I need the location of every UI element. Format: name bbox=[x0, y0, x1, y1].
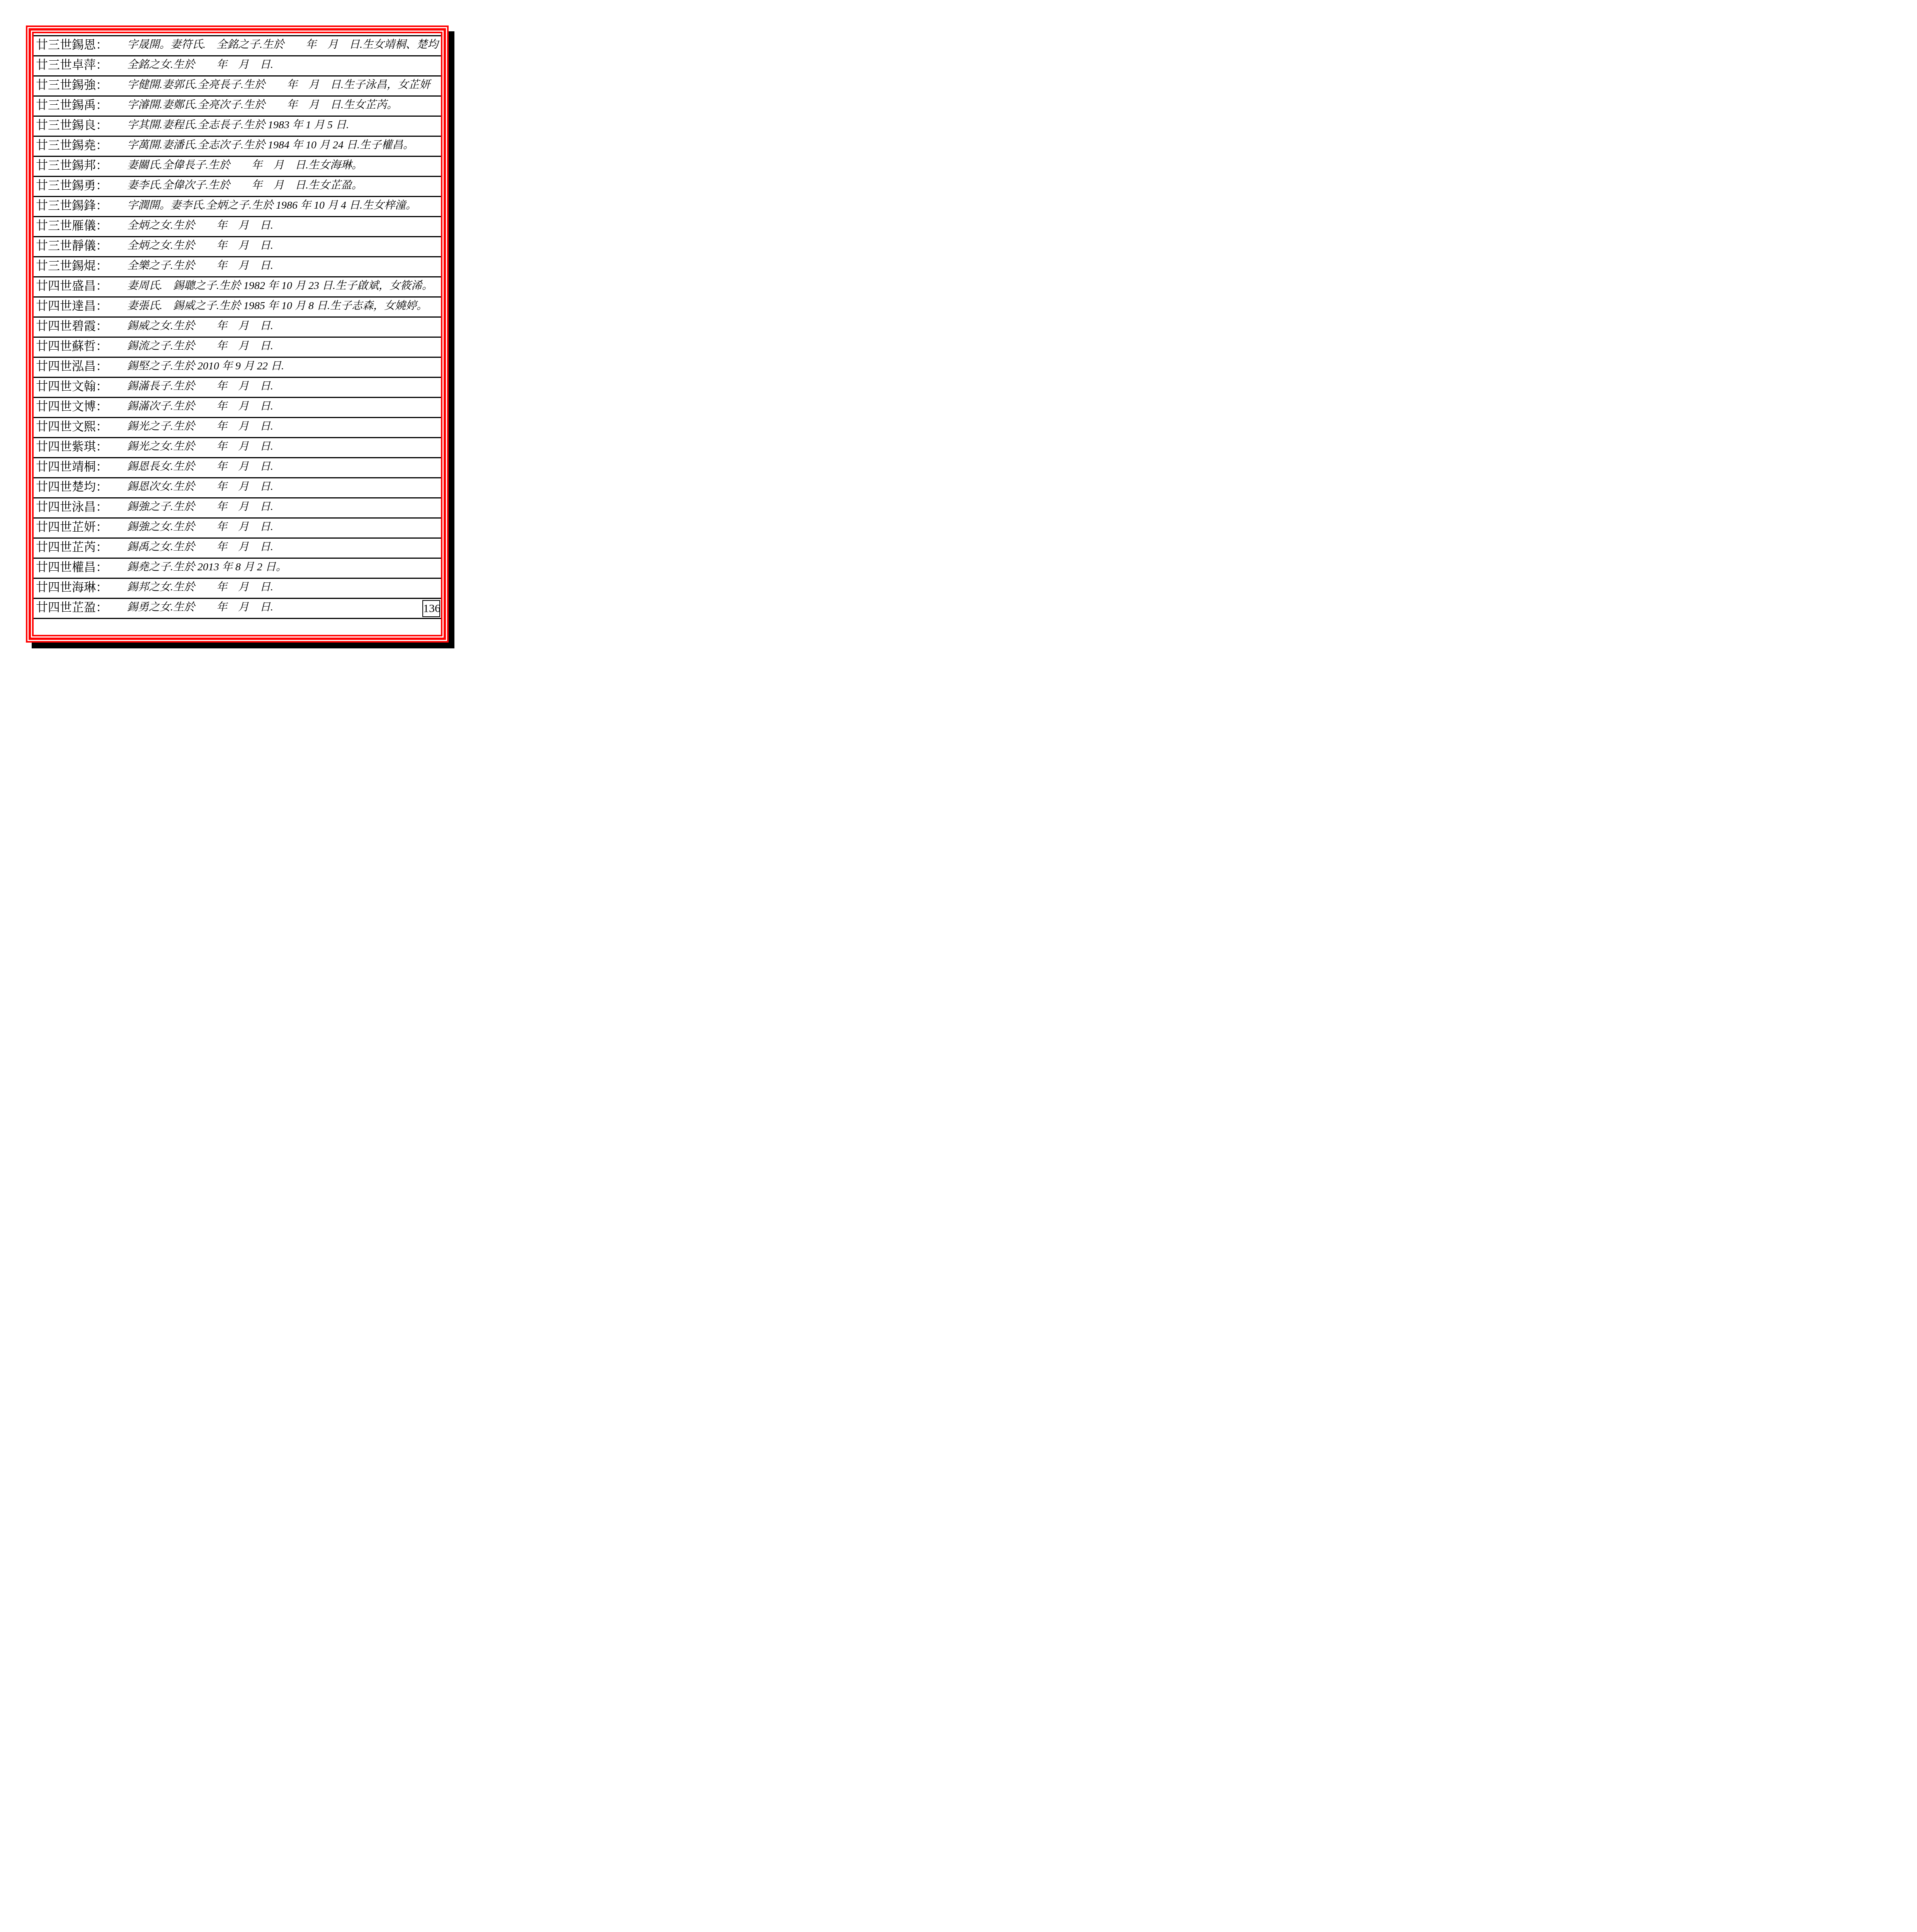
record-details: 字萬開.妻潘氏.全志次子.生於 1984 年 10 月 24 日.生子權昌。 bbox=[127, 137, 441, 151]
generation-name: 廿三世錫焜： bbox=[34, 257, 127, 272]
table-row: 廿四世泓昌：錫堅之子.生於 2010 年 9 月 22 日. bbox=[34, 358, 441, 378]
record-details: 全銘之女.生於 年 月 日. bbox=[127, 56, 441, 70]
generation-name: 廿四世海琳： bbox=[34, 579, 127, 594]
record-details: 錫勇之女.生於 年 月 日. bbox=[127, 599, 441, 613]
record-details: 錫恩長女.生於 年 月 日. bbox=[127, 458, 441, 472]
record-rows: 廿三世錫恩：字晟開。妻符氏. 全銘之子.生於 年 月 日.生女靖桐、楚均廿三世卓… bbox=[34, 35, 441, 619]
table-row: 廿四世權昌：錫堯之子.生於 2013 年 8 月 2 日。 bbox=[34, 559, 441, 579]
record-details: 錫強之子.生於 年 月 日. bbox=[127, 498, 441, 512]
record-details: 全樂之子.生於 年 月 日. bbox=[127, 257, 441, 271]
generation-name: 廿四世權昌： bbox=[34, 559, 127, 574]
table-row: 廿三世錫邦：妻關氏.全偉長子.生於 年 月 日.生女海琳。 bbox=[34, 157, 441, 177]
table-row: 廿三世錫勇：妻李氏.全偉次子.生於 年 月 日.生女芷盈。 bbox=[34, 177, 441, 197]
record-details: 錫堅之子.生於 2010 年 9 月 22 日. bbox=[127, 358, 441, 372]
table-row: 廿三世錫恩：字晟開。妻符氏. 全銘之子.生於 年 月 日.生女靖桐、楚均 bbox=[34, 36, 441, 56]
generation-name: 廿四世文熙： bbox=[34, 418, 127, 433]
table-row: 廿四世海琳：錫邦之女.生於 年 月 日. bbox=[34, 579, 441, 599]
table-row: 廿四世芷妍：錫強之女.生於 年 月 日. bbox=[34, 519, 441, 539]
table-row: 廿三世錫強：字健開.妻郭氏.全亮長子.生於 年 月 日.生子泳昌，女芷妍 bbox=[34, 77, 441, 97]
record-details: 全炳之女.生於 年 月 日. bbox=[127, 217, 441, 231]
generation-name: 廿三世錫禹： bbox=[34, 97, 127, 112]
genealogy-page-card: 廿三世錫恩：字晟開。妻符氏. 全銘之子.生於 年 月 日.生女靖桐、楚均廿三世卓… bbox=[26, 26, 449, 643]
generation-name: 廿四世達昌： bbox=[34, 298, 127, 313]
table-row: 廿四世文博：錫滿次子.生於 年 月 日. bbox=[34, 398, 441, 418]
page-number: 136 bbox=[422, 600, 440, 617]
record-details: 錫滿長子.生於 年 月 日. bbox=[127, 378, 441, 392]
table-row: 廿四世芷盈：錫勇之女.生於 年 月 日.136 bbox=[34, 599, 441, 619]
table-row: 廿三世錫堯：字萬開.妻潘氏.全志次子.生於 1984 年 10 月 24 日.生… bbox=[34, 137, 441, 157]
record-details: 錫威之女.生於 年 月 日. bbox=[127, 318, 441, 332]
table-row: 廿三世卓萍：全銘之女.生於 年 月 日. bbox=[34, 56, 441, 77]
record-details: 字潤開。妻李氏.全炳之子.生於 1986 年 10 月 4 日.生女梓潼。 bbox=[127, 197, 441, 211]
record-details: 錫禹之女.生於 年 月 日. bbox=[127, 539, 441, 553]
generation-name: 廿四世碧霞： bbox=[34, 318, 127, 333]
table-row: 廿四世盛昌：妻周氏. 錫聰之子.生於 1982 年 10 月 23 日.生子啟斌… bbox=[34, 277, 441, 298]
record-details: 錫光之女.生於 年 月 日. bbox=[127, 438, 441, 452]
table-row: 廿四世靖桐：錫恩長女.生於 年 月 日. bbox=[34, 458, 441, 478]
table-row: 廿三世靜儀：全炳之女.生於 年 月 日. bbox=[34, 237, 441, 257]
record-details: 錫恩次女.生於 年 月 日. bbox=[127, 478, 441, 492]
generation-name: 廿四世文翰： bbox=[34, 378, 127, 393]
table-row: 廿四世紫琪：錫光之女.生於 年 月 日. bbox=[34, 438, 441, 458]
record-details: 全炳之女.生於 年 月 日. bbox=[127, 237, 441, 251]
generation-name: 廿三世雁儀： bbox=[34, 217, 127, 232]
generation-name: 廿三世錫勇： bbox=[34, 177, 127, 192]
generation-name: 廿四世泓昌： bbox=[34, 358, 127, 373]
generation-name: 廿四世楚均： bbox=[34, 478, 127, 493]
record-details: 錫堯之子.生於 2013 年 8 月 2 日。 bbox=[127, 559, 441, 573]
table-row: 廿四世芷芮：錫禹之女.生於 年 月 日. bbox=[34, 539, 441, 559]
generation-name: 廿三世錫良： bbox=[34, 117, 127, 132]
generation-name: 廿四世芷妍： bbox=[34, 519, 127, 534]
record-details: 妻張氏. 錫威之子.生於 1985 年 10 月 8 日.生子志森，女嬈婷。 bbox=[127, 298, 441, 311]
record-details: 妻周氏. 錫聰之子.生於 1982 年 10 月 23 日.生子啟斌，女筱浠。 bbox=[127, 277, 441, 291]
generation-name: 廿四世蘇哲： bbox=[34, 338, 127, 353]
table-row: 廿四世文熙：錫光之子.生於 年 月 日. bbox=[34, 418, 441, 438]
table-row: 廿四世泳昌：錫強之子.生於 年 月 日. bbox=[34, 498, 441, 519]
record-details: 字濬開.妻鄭氏.全亮次子.生於 年 月 日.生女芷芮。 bbox=[127, 97, 441, 111]
record-details: 錫滿次子.生於 年 月 日. bbox=[127, 398, 441, 412]
generation-name: 廿三世卓萍： bbox=[34, 56, 127, 71]
record-details: 妻關氏.全偉長子.生於 年 月 日.生女海琳。 bbox=[127, 157, 441, 171]
table-row: 廿四世碧霞：錫威之女.生於 年 月 日. bbox=[34, 318, 441, 338]
table-row: 廿四世楚均：錫恩次女.生於 年 月 日. bbox=[34, 478, 441, 498]
generation-name: 廿三世錫鋒： bbox=[34, 197, 127, 212]
generation-name: 廿四世芷盈： bbox=[34, 599, 127, 614]
generation-name: 廿四世紫琪： bbox=[34, 438, 127, 453]
table-row: 廿三世錫鋒：字潤開。妻李氏.全炳之子.生於 1986 年 10 月 4 日.生女… bbox=[34, 197, 441, 217]
table-row: 廿三世錫良：字其開.妻程氏.全志長子.生於 1983 年 1 月 5 日. bbox=[34, 117, 441, 137]
record-details: 妻李氏.全偉次子.生於 年 月 日.生女芷盈。 bbox=[127, 177, 441, 191]
record-details: 字健開.妻郭氏.全亮長子.生於 年 月 日.生子泳昌，女芷妍 bbox=[127, 77, 441, 90]
record-details: 錫邦之女.生於 年 月 日. bbox=[127, 579, 441, 593]
table-row: 廿三世錫禹：字濬開.妻鄭氏.全亮次子.生於 年 月 日.生女芷芮。 bbox=[34, 97, 441, 117]
table-row: 廿四世蘇哲：錫流之子.生於 年 月 日. bbox=[34, 338, 441, 358]
generation-name: 廿三世靜儀： bbox=[34, 237, 127, 252]
table-row: 廿三世錫焜：全樂之子.生於 年 月 日. bbox=[34, 257, 441, 277]
generation-name: 廿四世盛昌： bbox=[34, 277, 127, 293]
generation-name: 廿三世錫邦： bbox=[34, 157, 127, 172]
generation-name: 廿四世靖桐： bbox=[34, 458, 127, 473]
record-details: 錫強之女.生於 年 月 日. bbox=[127, 519, 441, 532]
table-row: 廿三世雁儀：全炳之女.生於 年 月 日. bbox=[34, 217, 441, 237]
generation-name: 廿四世文博： bbox=[34, 398, 127, 413]
generation-name: 廿四世芷芮： bbox=[34, 539, 127, 554]
generation-name: 廿三世錫強： bbox=[34, 77, 127, 92]
record-details: 字其開.妻程氏.全志長子.生於 1983 年 1 月 5 日. bbox=[127, 117, 441, 131]
record-details: 錫光之子.生於 年 月 日. bbox=[127, 418, 441, 432]
table-row: 廿四世文翰：錫滿長子.生於 年 月 日. bbox=[34, 378, 441, 398]
red-border-frame-inner: 廿三世錫恩：字晟開。妻符氏. 全銘之子.生於 年 月 日.生女靖桐、楚均廿三世卓… bbox=[32, 32, 442, 636]
generation-name: 廿四世泳昌： bbox=[34, 498, 127, 514]
generation-name: 廿三世錫堯： bbox=[34, 137, 127, 152]
record-details: 字晟開。妻符氏. 全銘之子.生於 年 月 日.生女靖桐、楚均 bbox=[127, 36, 441, 50]
table-row: 廿四世達昌：妻張氏. 錫威之子.生於 1985 年 10 月 8 日.生子志森，… bbox=[34, 298, 441, 318]
red-border-frame: 廿三世錫恩：字晟開。妻符氏. 全銘之子.生於 年 月 日.生女靖桐、楚均廿三世卓… bbox=[29, 28, 446, 640]
records-table: 廿三世錫恩：字晟開。妻符氏. 全銘之子.生於 年 月 日.生女靖桐、楚均廿三世卓… bbox=[34, 33, 441, 635]
record-details: 錫流之子.生於 年 月 日. bbox=[127, 338, 441, 352]
generation-name: 廿三世錫恩： bbox=[34, 36, 127, 51]
